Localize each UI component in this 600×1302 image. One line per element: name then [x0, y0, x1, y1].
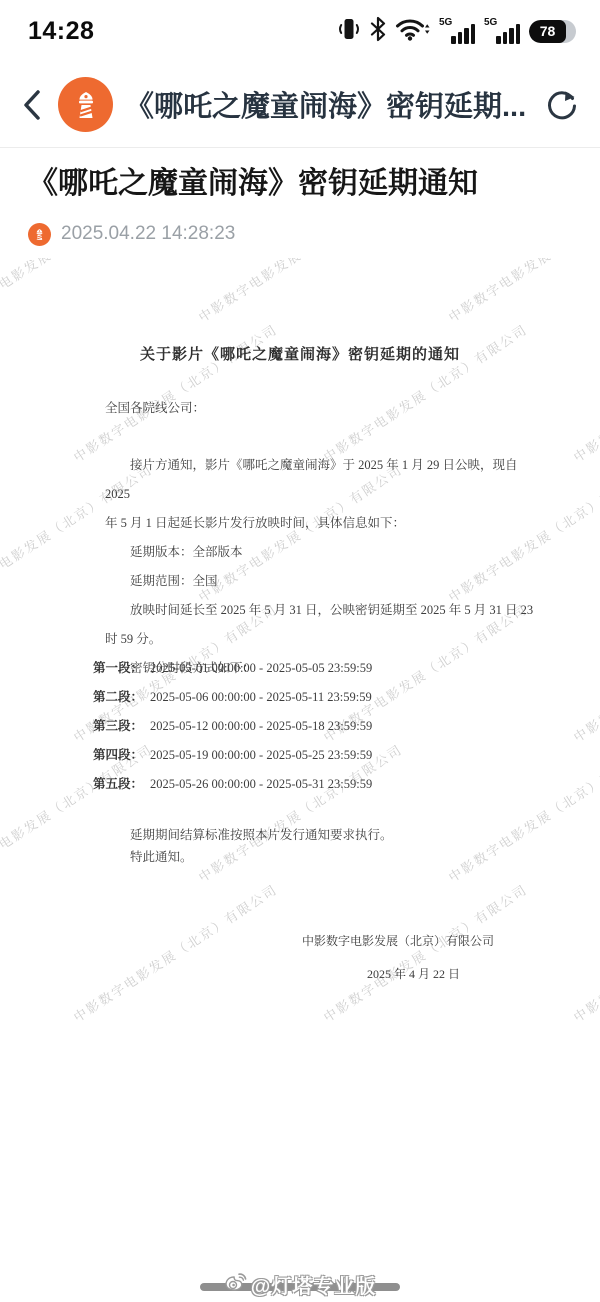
key-segment-row: 第四段：2025-05-19 00:00:00 - 2025-05-25 23:…: [93, 741, 372, 770]
key-segment-row: 第二段：2025-05-06 00:00:00 - 2025-05-11 23:…: [93, 683, 372, 712]
status-bar: 14:28 5G 5G: [0, 0, 600, 62]
notice-document-image[interactable]: 中影数字电影发展（北京）有限公司中影数字电影发展（北京）有限公司中影数字电影发展…: [0, 258, 600, 1060]
segment-range: 2025-05-12 00:00:00 - 2025-05-18 23:59:5…: [150, 719, 372, 733]
author-row: 2025.04.22 14:28:23: [28, 222, 235, 246]
nav-title: 《哪吒之魔童闹海》密钥延期...: [125, 84, 536, 125]
signal-5g-icon: 5G: [439, 18, 475, 45]
segment-label: 第一段：: [93, 661, 143, 675]
refresh-button[interactable]: [544, 87, 578, 123]
back-button[interactable]: [22, 89, 42, 121]
clock: 14:28: [28, 17, 94, 46]
diagonal-watermark-text: 中影数字电影发展（北京）有限公司: [569, 599, 600, 746]
doc-body-line: 放映时间延长至 2025 年 5 月 31 日，公映密钥延期至 2025 年 5…: [105, 596, 544, 625]
diagonal-watermark-text: 中影数字电影发展（北京）有限公司: [69, 319, 281, 466]
battery-percent: 78: [529, 20, 566, 43]
doc-body: 接片方通知，影片《哪吒之魔童闹海》于 2025 年 1 月 29 日公映，现自 …: [105, 451, 544, 683]
wifi-icon: [395, 16, 430, 47]
vibrate-icon: [337, 16, 361, 47]
doc-closing: 延期期间结算标准按照本片发行通知要求执行。 特此通知。: [105, 824, 544, 868]
key-segment-row: 第一段：2025-05-01 00:00:00 - 2025-05-05 23:…: [93, 654, 372, 683]
doc-body-line: 延期范围：全国: [105, 567, 544, 596]
lighthouse-logo: [58, 77, 113, 132]
signal-5g-icon: 5G: [484, 18, 520, 45]
segment-range: 2025-05-26 00:00:00 - 2025-05-31 23:59:5…: [150, 777, 372, 791]
key-segments-list: 第一段：2025-05-01 00:00:00 - 2025-05-05 23:…: [93, 654, 372, 799]
bluetooth-icon: [370, 16, 386, 47]
segment-label: 第五段：: [93, 777, 143, 791]
doc-closing-line: 特此通知。: [105, 846, 544, 868]
diagonal-watermark-text: 中影数字电影发展（北京）有限公司: [569, 319, 600, 466]
diagonal-watermark-text: 中影数字电影发展（北京）有限公司: [319, 879, 531, 1026]
weibo-icon: [224, 1271, 248, 1298]
doc-body-line: 延期版本：全部版本: [105, 538, 544, 567]
doc-signature-date: 2025 年 4 月 22 日: [367, 965, 460, 982]
key-segment-row: 第三段：2025-05-12 00:00:00 - 2025-05-18 23:…: [93, 712, 372, 741]
segment-range: 2025-05-01 00:00:00 - 2025-05-05 23:59:5…: [150, 661, 372, 675]
diagonal-watermark-text: 中影数字电影发展（北京）有限公司: [69, 879, 281, 1026]
weibo-watermark: @灯塔专业版: [0, 1268, 600, 1302]
segment-label: 第二段：: [93, 690, 143, 704]
doc-signature-company: 中影数字电影发展（北京）有限公司: [302, 932, 494, 949]
diagonal-watermark-text: 中影数字电影发展（北京）有限公司: [444, 258, 600, 326]
battery-icon: 78: [529, 20, 576, 43]
diagonal-watermark-text: 中影数字电影发展（北京）有限公司: [194, 258, 406, 326]
status-icons: 5G 5G 78: [337, 16, 576, 47]
segment-range: 2025-05-19 00:00:00 - 2025-05-25 23:59:5…: [150, 748, 372, 762]
segment-label: 第四段：: [93, 748, 143, 762]
doc-body-line: 时 59 分。: [105, 625, 544, 654]
nav-bar: 《哪吒之魔童闹海》密钥延期...: [0, 62, 600, 148]
page: 14:28 5G 5G: [0, 0, 600, 1302]
segment-range: 2025-05-06 00:00:00 - 2025-05-11 23:59:5…: [150, 690, 372, 704]
publish-timestamp: 2025.04.22 14:28:23: [61, 223, 235, 245]
diagonal-watermark-text: 中影数字电影发展（北京）有限公司: [0, 258, 156, 326]
doc-title: 关于影片《哪吒之魔童闹海》密钥延期的通知: [0, 343, 600, 364]
author-avatar-lighthouse-icon: [28, 223, 51, 246]
segment-label: 第三段：: [93, 719, 143, 733]
watermark-text: @灯塔专业版: [251, 1270, 377, 1299]
diagonal-watermark-text: 中影数字电影发展（北京）有限公司: [319, 319, 531, 466]
article-title: 《哪吒之魔童闹海》密钥延期通知: [28, 164, 572, 204]
signal-group: 5G 5G: [439, 18, 520, 45]
doc-body-line: 年 5 月 1 日起延长影片发行放映时间，具体信息如下：: [105, 509, 544, 538]
diagonal-watermark-text: 中影数字电影发展（北京）有限公司: [569, 879, 600, 1026]
doc-closing-line: 延期期间结算标准按照本片发行通知要求执行。: [105, 824, 544, 846]
doc-salutation: 全国各院线公司：: [105, 398, 205, 416]
key-segment-row: 第五段：2025-05-26 00:00:00 - 2025-05-31 23:…: [93, 770, 372, 799]
doc-body-line: 接片方通知，影片《哪吒之魔童闹海》于 2025 年 1 月 29 日公映，现自 …: [105, 451, 544, 509]
